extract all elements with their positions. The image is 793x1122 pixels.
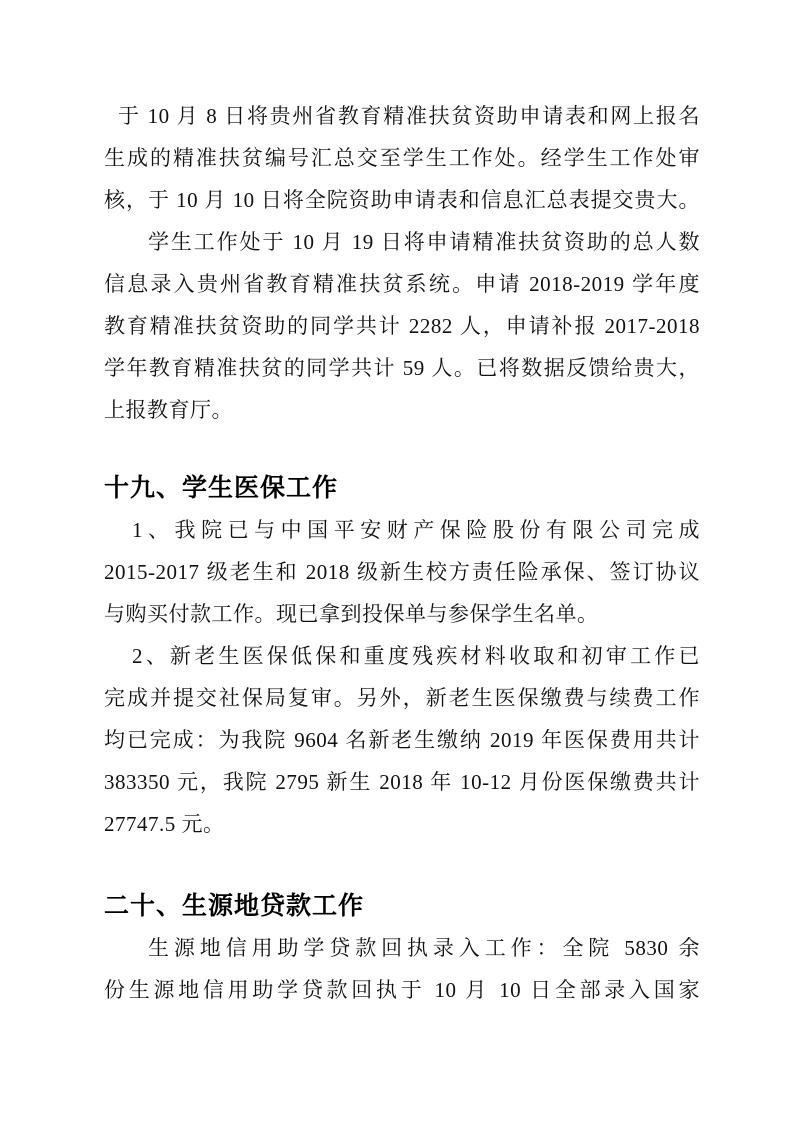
- body-line: 1、我院已与中国平安财产保险股份有限公司完成: [104, 509, 700, 551]
- body-line: 学年教育精准扶贫的同学共计 59 人。已将数据反馈给贵大，: [104, 347, 700, 389]
- body-line: 于 10 月 8 日将贵州省教育精准扶贫资助申请表和网上报名: [104, 95, 700, 137]
- body-line: 与购买付款工作。现已拿到投保单与参保学生名单。: [104, 593, 700, 635]
- body-line: 核，于 10 月 10 日将全院资助申请表和信息汇总表提交贵大。: [104, 179, 700, 221]
- body-line: 份生源地信用助学贷款回执于 10 月 10 日全部录入国家: [104, 969, 700, 1011]
- body-line: 27747.5 元。: [104, 803, 700, 845]
- body-line: 信息录入贵州省教育精准扶贫系统。申请 2018-2019 学年度: [104, 263, 700, 305]
- body-line: 完成并提交社保局复审。另外，新老生医保缴费与续费工作: [104, 677, 700, 719]
- body-line: 2015-2017 级老生和 2018 级新生校方责任险承保、签订协议: [104, 551, 700, 593]
- body-line: 生源地信用助学贷款回执录入工作：全院 5830 余: [104, 927, 700, 969]
- section-heading-student-insurance: 十九、学生医保工作: [104, 467, 700, 509]
- body-line: 均已完成：为我院 9604 名新老生缴纳 2019 年医保费用共计: [104, 719, 700, 761]
- body-line: 学生工作处于 10 月 19 日将申请精准扶贫资助的总人数: [104, 221, 700, 263]
- body-line: 2、新老生医保低保和重度残疾材料收取和初审工作已: [104, 635, 700, 677]
- body-line: 上报教育厅。: [104, 389, 700, 431]
- body-line: 教育精准扶贫资助的同学共计 2282 人，申请补报 2017-2018: [104, 305, 700, 347]
- document-page: 于 10 月 8 日将贵州省教育精准扶贫资助申请表和网上报名 生成的精准扶贫编号…: [0, 0, 793, 1122]
- body-line: 383350 元，我院 2795 新生 2018 年 10-12 月份医保缴费共…: [104, 761, 700, 803]
- body-line: 生成的精准扶贫编号汇总交至学生工作处。经学生工作处审: [104, 137, 700, 179]
- section-heading-student-loan: 二十、生源地贷款工作: [104, 885, 700, 927]
